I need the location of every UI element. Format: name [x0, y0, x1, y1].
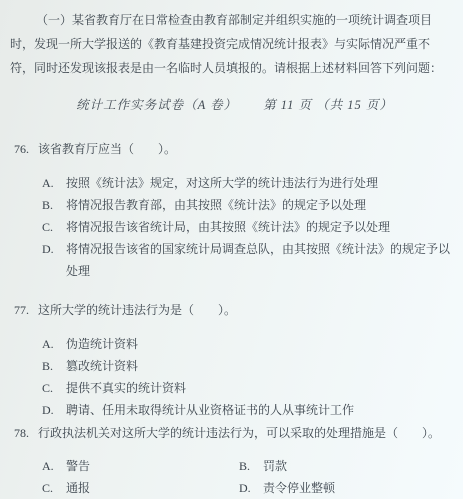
option-D: D.将情况报告该省的国家统计局调查总队，由其按照《统计法》的规定予以处理: [42, 238, 459, 282]
option-letter: D.: [239, 477, 263, 499]
option-text: 将情况报告教育部，由其按照《统计法》的规定予以处理: [66, 194, 459, 216]
exam-page: （一）某省教育厅在日常检查由教育部制定并组织实施的一项统计调查项目时，发现一所大…: [0, 0, 463, 499]
option-C: C.将情况报告该省统计局，由其按照《统计法》的规定予以处理: [42, 216, 459, 238]
option-text: 将情况报告该省统计局，由其按照《统计法》的规定予以处理: [66, 216, 459, 238]
option-D: D.聘请、任用未取得统计从业资格证书的人从事统计工作: [42, 399, 459, 421]
option-C: C.通报: [42, 477, 239, 499]
options-list: A.按照《统计法》规定，对这所大学的统计违法行为进行处理B.将情况报告教育部，由…: [42, 172, 459, 282]
option-text: 按照《统计法》规定，对这所大学的统计违法行为进行处理: [66, 172, 459, 194]
option-text: 警告: [66, 455, 239, 477]
exam-header-line: 统计工作实务试卷（A 卷） 第 11 页 （共 15 页）: [10, 95, 459, 115]
option-letter: D.: [42, 399, 66, 421]
option-letter: A.: [42, 333, 66, 355]
option-letter: A.: [42, 172, 66, 194]
option-text: 将情况报告该省的国家统计局调查总队，由其按照《统计法》的规定予以处理: [66, 238, 459, 282]
options-list: A.伪造统计资料B.篡改统计资料C.提供不真实的统计资料D.聘请、任用未取得统计…: [42, 333, 459, 421]
question-77: 77.这所大学的统计违法行为是（ ）。A.伪造统计资料B.篡改统计资料C.提供不…: [14, 302, 459, 421]
option-text: 篡改统计资料: [66, 355, 459, 377]
questions-container: 76.该省教育厅应当（ ）。A.按照《统计法》规定，对这所大学的统计违法行为进行…: [10, 141, 459, 499]
option-A: A.伪造统计资料: [42, 333, 459, 355]
question-76: 76.该省教育厅应当（ ）。A.按照《统计法》规定，对这所大学的统计违法行为进行…: [14, 141, 459, 282]
option-letter: B.: [42, 355, 66, 377]
question-78: 78.行政执法机关对这所大学的统计违法行为，可以采取的处理措施是（ ）。A.警告…: [14, 425, 459, 499]
option-text: 罚款: [263, 455, 459, 477]
question-stem: 76.该省教育厅应当（ ）。: [14, 141, 459, 158]
option-letter: C.: [42, 377, 66, 399]
question-stem: 77.这所大学的统计违法行为是（ ）。: [14, 302, 459, 319]
question-number: 76.: [14, 141, 38, 158]
option-letter: A.: [42, 455, 66, 477]
option-text: 聘请、任用未取得统计从业资格证书的人从事统计工作: [66, 399, 459, 421]
option-letter: B.: [42, 194, 66, 216]
option-B: B.篡改统计资料: [42, 355, 459, 377]
page-indicator: 第 11 页 （共 15 页）: [263, 95, 393, 115]
option-text: 责令停业整顿: [263, 477, 459, 499]
option-letter: D.: [42, 238, 66, 282]
option-D: D.责令停业整顿: [239, 477, 459, 499]
option-A: A.警告: [42, 455, 239, 477]
option-A: A.按照《统计法》规定，对这所大学的统计违法行为进行处理: [42, 172, 459, 194]
option-C: C.提供不真实的统计资料: [42, 377, 459, 399]
question-text: 该省教育厅应当（ ）。: [38, 141, 459, 158]
options-list: A.警告B.罚款C.通报D.责令停业整顿: [42, 455, 459, 499]
option-text: 伪造统计资料: [66, 333, 459, 355]
question-text: 这所大学的统计违法行为是（ ）。: [38, 302, 459, 319]
option-letter: C.: [42, 477, 66, 499]
case-intro-paragraph: （一）某省教育厅在日常检查由教育部制定并组织实施的一项统计调查项目时，发现一所大…: [10, 8, 459, 80]
exam-title: 统计工作实务试卷（A 卷）: [76, 95, 237, 115]
option-B: B.罚款: [239, 455, 459, 477]
option-text: 通报: [66, 477, 239, 499]
question-stem: 78.行政执法机关对这所大学的统计违法行为，可以采取的处理措施是（ ）。: [14, 425, 459, 442]
option-letter: B.: [239, 455, 263, 477]
question-number: 77.: [14, 302, 38, 319]
question-text: 行政执法机关对这所大学的统计违法行为，可以采取的处理措施是（ ）。: [38, 425, 459, 442]
question-number: 78.: [14, 425, 38, 442]
option-text: 提供不真实的统计资料: [66, 377, 459, 399]
option-letter: C.: [42, 216, 66, 238]
option-B: B.将情况报告教育部，由其按照《统计法》的规定予以处理: [42, 194, 459, 216]
